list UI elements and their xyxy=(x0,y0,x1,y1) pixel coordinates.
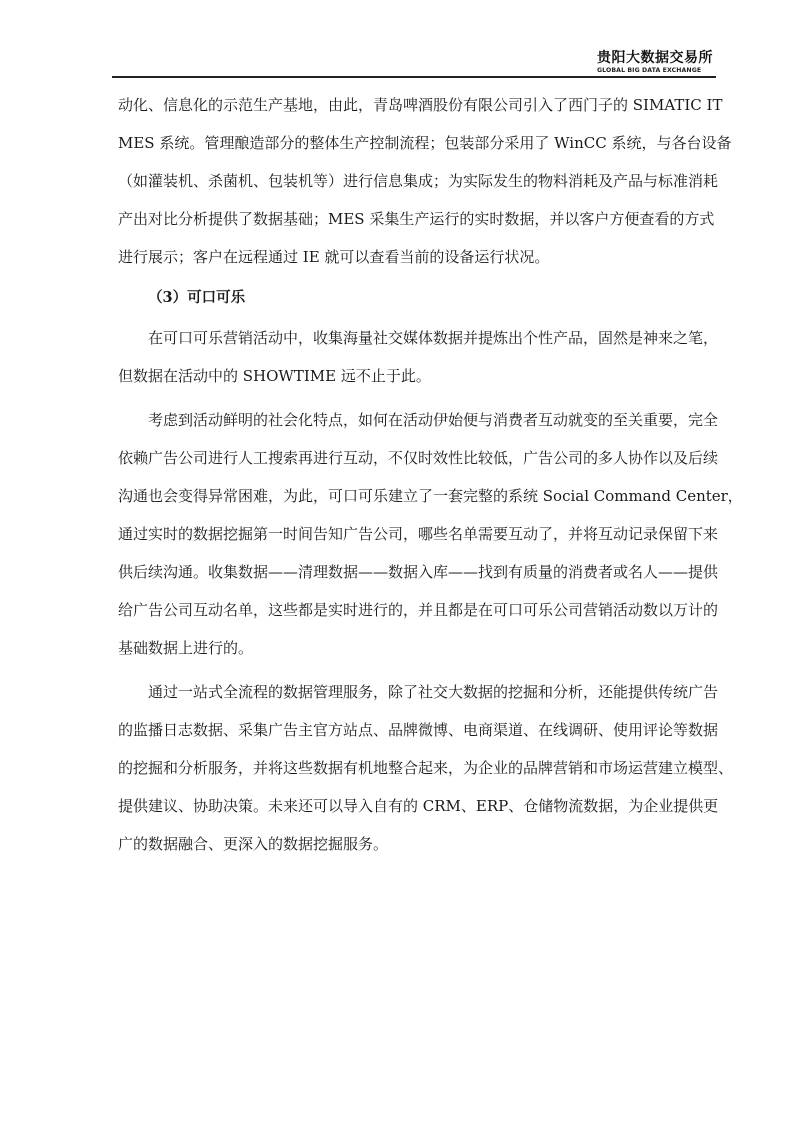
item-heading-coca-cola: （3）可口可乐 xyxy=(148,288,245,308)
logo-english-name: GLOBAL BIG DATA EXCHANGE xyxy=(597,66,713,75)
paragraph-line: 动化、信息化的示范生产基地，由此，青岛啤酒股份有限公司引入了西门子的 SIMAT… xyxy=(118,95,684,115)
paragraph-line: （如灌装机、杀菌机、包装机等）进行信息集成；为实际发生的物料消耗及产品与标准消耗 xyxy=(118,171,684,191)
exchange-logo: 贵阳大数据交易所 GLOBAL BIG DATA EXCHANGE xyxy=(597,50,713,75)
paragraph-line: 的监播日志数据、采集广告主官方站点、品牌微博、电商渠道、在线调研、使用评论等数据 xyxy=(118,720,684,740)
paragraph-line: 给广告公司互动名单，这些都是实时进行的，并且都是在可口可乐公司营销活动数以万计的 xyxy=(118,600,684,620)
logo-chinese-name: 贵阳大数据交易所 xyxy=(597,50,713,66)
paragraph-line: 基础数据上进行的。 xyxy=(118,638,684,658)
paragraph-line: 沟通也会变得异常困难，为此，可口可乐建立了一套完整的系统 Social Comm… xyxy=(118,486,684,506)
paragraph-line: 通过实时的数据挖掘第一时间告知广告公司，哪些名单需要互动了，并将互动记录保留下来 xyxy=(118,524,684,544)
paragraph-line: 但数据在活动中的 SHOWTIME 远不止于此。 xyxy=(118,366,684,386)
paragraph-line: 依赖广告公司进行人工搜索再进行互动，不仅时效性比较低，广告公司的多人协作以及后续 xyxy=(118,448,684,468)
paragraph-line: 产出对比分析提供了数据基础；MES 采集生产运行的实时数据，并以客户方便查看的方… xyxy=(118,209,684,229)
paragraph-line: MES 系统。管理酿造部分的整体生产控制流程；包装部分采用了 WinCC 系统，… xyxy=(118,133,684,153)
paragraph-line: 考虑到活动鲜明的社会化特点，如何在活动伊始便与消费者互动就变的至关重要，完全 xyxy=(148,410,684,430)
header-divider xyxy=(112,76,716,78)
paragraph-line: 广的数据融合、更深入的数据挖掘服务。 xyxy=(118,834,684,854)
paragraph-line: 供后续沟通。收集数据——清理数据——数据入库——找到有质量的消费者或名人——提供 xyxy=(118,562,684,582)
paragraph-line: 的挖掘和分析服务，并将这些数据有机地整合起来，为企业的品牌营销和市场运营建立模型… xyxy=(118,758,684,778)
paragraph-line: 在可口可乐营销活动中，收集海量社交媒体数据并提炼出个性产品，固然是神来之笔， xyxy=(148,328,684,348)
paragraph-line: 通过一站式全流程的数据管理服务，除了社交大数据的挖掘和分析，还能提供传统广告 xyxy=(148,682,684,702)
paragraph-line: 提供建议、协助决策。未来还可以导入自有的 CRM、ERP、仓储物流数据，为企业提… xyxy=(118,796,684,816)
paragraph-line: 进行展示；客户在远程通过 IE 就可以查看当前的设备运行状况。 xyxy=(118,247,684,267)
